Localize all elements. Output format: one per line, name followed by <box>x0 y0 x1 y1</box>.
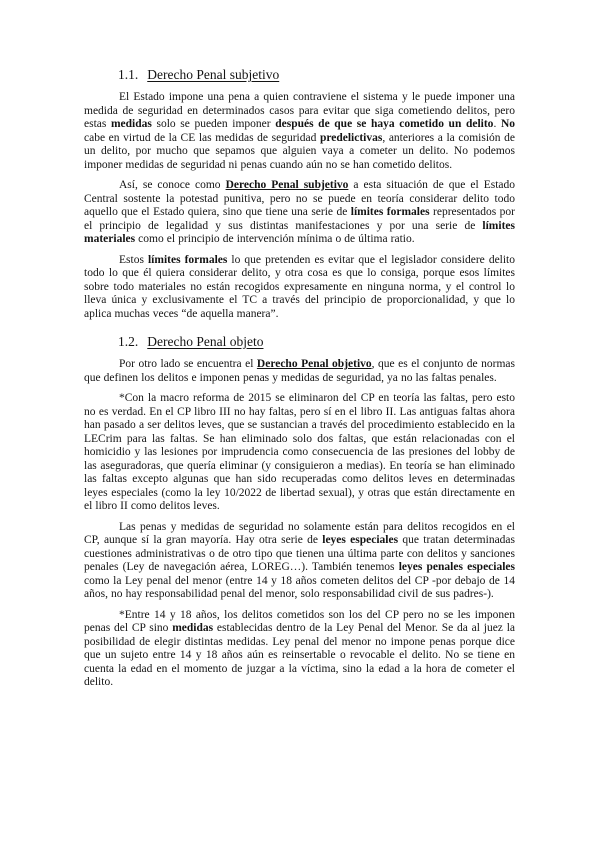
text-run: límites formales <box>351 206 430 218</box>
text-run: *Con la macro reforma de 2015 se elimina… <box>84 392 515 512</box>
text-run: leyes especiales <box>322 534 398 546</box>
paragraph: *Con la macro reforma de 2015 se elimina… <box>84 392 515 514</box>
text-run: después de que se haya cometido un delit… <box>275 118 493 130</box>
text-run: límites formales <box>148 254 227 266</box>
heading-title: Derecho Penal objeto <box>147 334 263 349</box>
paragraph: Por otro lado se encuentra el Derecho Pe… <box>84 358 515 385</box>
paragraph: El Estado impone una pena a quien contra… <box>84 91 515 172</box>
text-run: predelictivas <box>320 132 382 144</box>
document-page: 1.1.Derecho Penal subjetivoEl Estado imp… <box>0 0 599 848</box>
text-run: medidas <box>111 118 152 130</box>
heading-number: 1.1. <box>118 66 138 83</box>
text-run: como la Ley penal del menor (entre 14 y … <box>84 575 515 601</box>
heading-title: Derecho Penal subjetivo <box>147 67 279 82</box>
text-run: No <box>501 118 515 130</box>
paragraph: *Entre 14 y 18 años, los delitos cometid… <box>84 609 515 690</box>
text-run: Derecho Penal objetivo <box>257 358 372 370</box>
paragraph: Estos límites formales lo que pretenden … <box>84 254 515 322</box>
text-run: cabe en virtud de la CE las medidas de s… <box>84 132 320 144</box>
text-run: Estos <box>119 254 148 266</box>
text-run: como el principio de intervención mínima… <box>135 233 415 245</box>
heading-number: 1.2. <box>118 333 138 350</box>
text-run: medidas <box>172 622 213 634</box>
text-run: Así, se conoce como <box>119 179 226 191</box>
document-content: 1.1.Derecho Penal subjetivoEl Estado imp… <box>84 66 515 697</box>
section-heading: 1.1.Derecho Penal subjetivo <box>118 66 515 83</box>
text-run: . <box>493 118 501 130</box>
section-heading: 1.2.Derecho Penal objeto <box>118 333 515 350</box>
text-run: Derecho Penal subjetivo <box>226 179 349 191</box>
paragraph: Las penas y medidas de seguridad no sola… <box>84 521 515 602</box>
text-run: leyes penales especiales <box>399 561 515 573</box>
text-run: Por otro lado se encuentra el <box>119 358 257 370</box>
paragraph: Así, se conoce como Derecho Penal subjet… <box>84 179 515 247</box>
text-run: solo se pueden imponer <box>152 118 275 130</box>
